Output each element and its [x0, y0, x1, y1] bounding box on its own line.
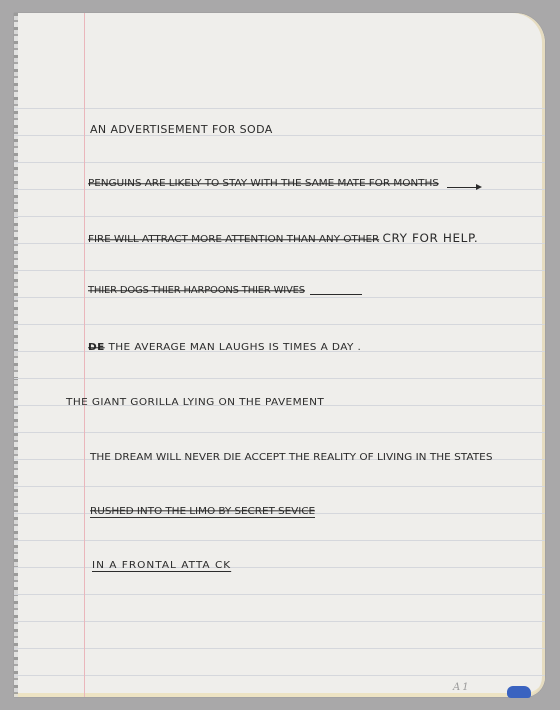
- ruled-line: [14, 189, 545, 190]
- ruled-line: [14, 297, 545, 298]
- ruled-line: [14, 540, 545, 541]
- notebook-page: AN ADVERTISEMENT FOR SODA PENGUINS ARE L…: [14, 13, 545, 697]
- ruled-line: [14, 324, 545, 325]
- handwritten-line-harpoons: THIER DOGS THIER HARPOONS THIER WIVES: [88, 286, 305, 296]
- ruled-line: [14, 108, 545, 109]
- line-text: PENGUINS ARE LIKELY TO STAY WITH THE SAM…: [88, 178, 439, 189]
- ruled-lines: [14, 13, 545, 697]
- line-text: THIER DOGS THIER HARPOONS THIER WIVES: [88, 286, 305, 296]
- ruled-line: [14, 675, 545, 676]
- handwritten-line-fire: FIRE WILL ATTRACT MORE ATTENTION THAN AN…: [88, 232, 478, 245]
- line-text: THE DREAM WILL NEVER DIE ACCEPT THE REAL…: [90, 452, 492, 463]
- line-text: RUSHED INTO THE LIMO BY SECRET SEVICE: [90, 506, 315, 517]
- ruled-line: [14, 621, 545, 622]
- line-text: IN A FRONTAL ATTA CK: [92, 560, 231, 571]
- ruled-line: [14, 648, 545, 649]
- ruled-line: [14, 594, 545, 595]
- strike-arrow-line: [447, 187, 477, 188]
- ruled-line: [14, 486, 545, 487]
- blue-tape: [507, 686, 531, 698]
- ruled-line: [14, 378, 545, 379]
- line-text: THE AVERAGE MAN LAUGHS IS TIMES A DAY .: [108, 342, 361, 353]
- strike-tail-line: [310, 294, 362, 295]
- scribbled-word: DE: [88, 342, 105, 353]
- arrow-head-icon: [476, 184, 482, 190]
- margin-line: [84, 13, 85, 697]
- handwritten-line-title: AN ADVERTISEMENT FOR SODA: [90, 124, 273, 136]
- handwritten-line-laughs: DE THE AVERAGE MAN LAUGHS IS TIMES A DAY…: [88, 342, 361, 353]
- handwritten-line-penguins: PENGUINS ARE LIKELY TO STAY WITH THE SAM…: [88, 178, 439, 189]
- handwritten-line-limo: RUSHED INTO THE LIMO BY SECRET SEVICE: [90, 506, 315, 517]
- handwritten-line-gorilla: THE GIANT GORILLA LYING ON THE PAVEMENT: [66, 397, 324, 408]
- handwritten-line-attack: IN A FRONTAL ATTA CK: [92, 560, 231, 571]
- ruled-line: [14, 162, 545, 163]
- line-text: THE GIANT GORILLA LYING ON THE PAVEMENT: [66, 397, 324, 408]
- ruled-line: [14, 432, 545, 433]
- page-number: A1: [453, 682, 471, 693]
- line-text: AN ADVERTISEMENT FOR SODA: [90, 124, 273, 136]
- line-text-struck: FIRE WILL ATTRACT MORE ATTENTION THAN AN…: [88, 234, 379, 245]
- handwritten-line-dream: THE DREAM WILL NEVER DIE ACCEPT THE REAL…: [90, 452, 492, 463]
- ruled-line: [14, 216, 545, 217]
- line-text-continuation: CRY FOR HELP.: [382, 232, 478, 245]
- ruled-line: [14, 270, 545, 271]
